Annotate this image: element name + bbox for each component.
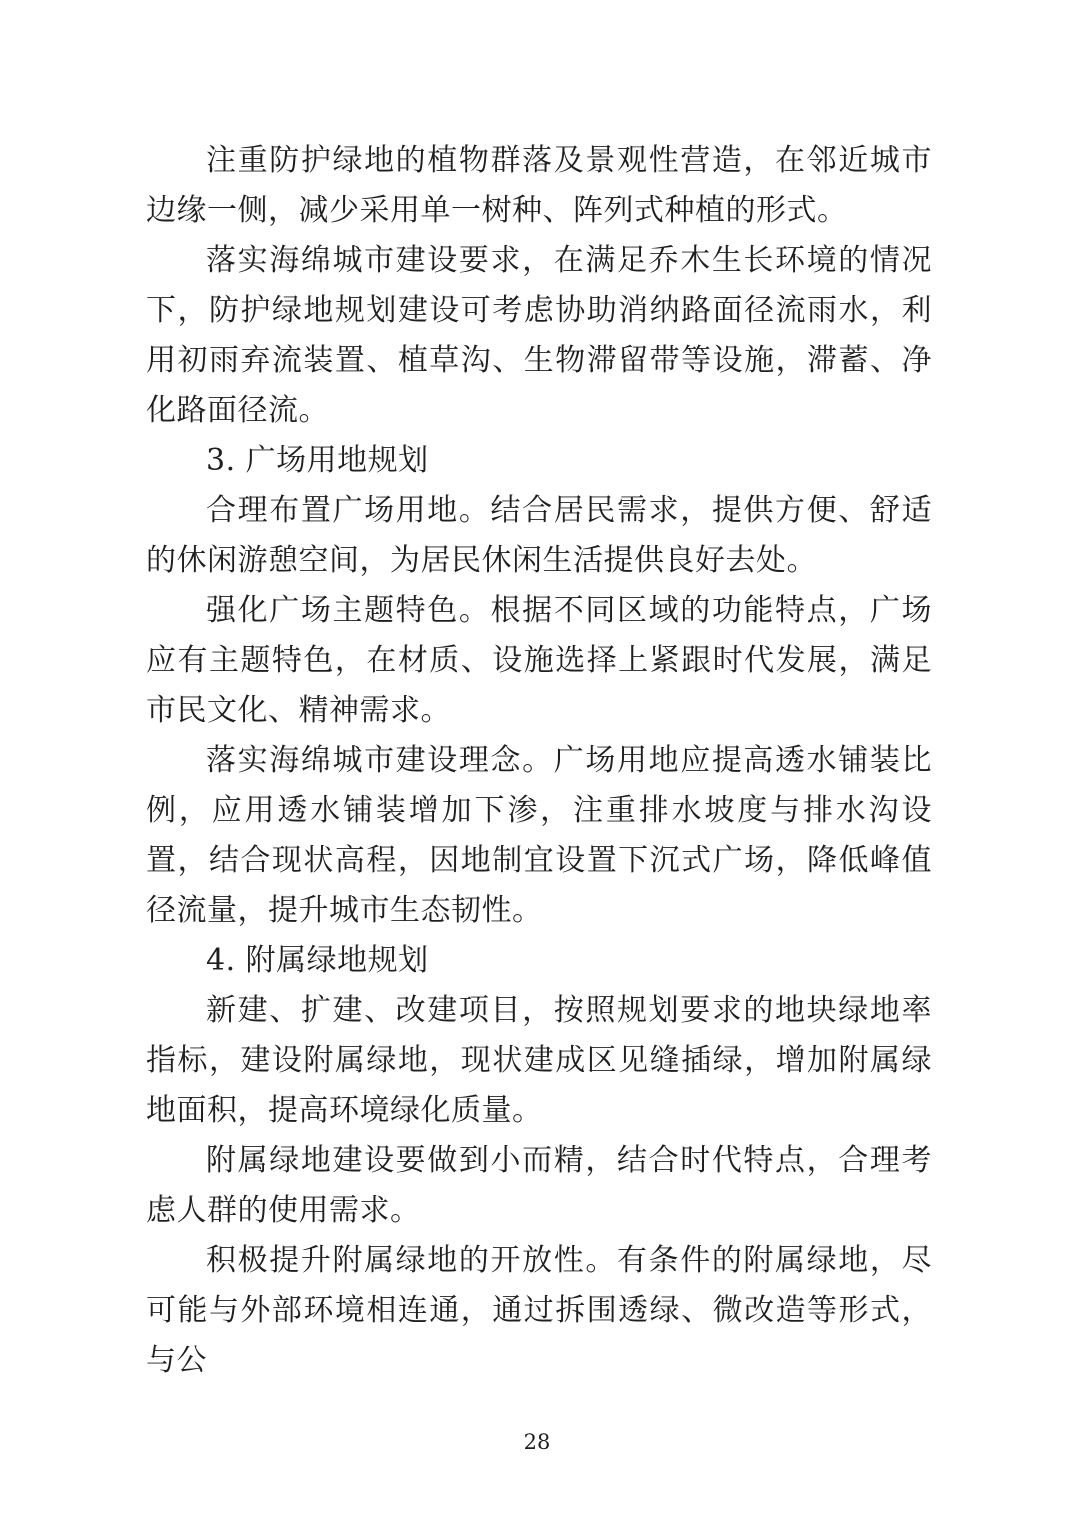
document-page: 注重防护绿地的植物群落及景观性营造，在邻近城市边缘一侧，减少采用单一树种、阵列式… [0, 0, 1074, 1520]
paragraph: 新建、扩建、改建项目，按照规划要求的地块绿地率指标，建设附属绿地，现状建成区见缝… [146, 986, 932, 1136]
document-body: 注重防护绿地的植物群落及景观性营造，在邻近城市边缘一侧，减少采用单一树种、阵列式… [146, 136, 932, 1386]
paragraph: 落实海绵城市建设理念。广场用地应提高透水铺装比例，应用透水铺装增加下渗，注重排水… [146, 736, 932, 936]
paragraph: 附属绿地建设要做到小而精，结合时代特点，合理考虑人群的使用需求。 [146, 1136, 932, 1236]
paragraph: 合理布置广场用地。结合居民需求，提供方便、舒适的休闲游憩空间，为居民休闲生活提供… [146, 486, 932, 586]
paragraph: 积极提升附属绿地的开放性。有条件的附属绿地，尽可能与外部环境相连通，通过拆围透绿… [146, 1236, 932, 1386]
paragraph: 强化广场主题特色。根据不同区域的功能特点，广场应有主题特色，在材质、设施选择上紧… [146, 586, 932, 736]
paragraph: 落实海绵城市建设要求，在满足乔木生长环境的情况下，防护绿地规划建设可考虑协助消纳… [146, 236, 932, 436]
page-number: 28 [0, 1430, 1074, 1454]
section-heading: 4. 附属绿地规划 [146, 936, 932, 986]
paragraph: 注重防护绿地的植物群落及景观性营造，在邻近城市边缘一侧，减少采用单一树种、阵列式… [146, 136, 932, 236]
section-heading: 3. 广场用地规划 [146, 436, 932, 486]
